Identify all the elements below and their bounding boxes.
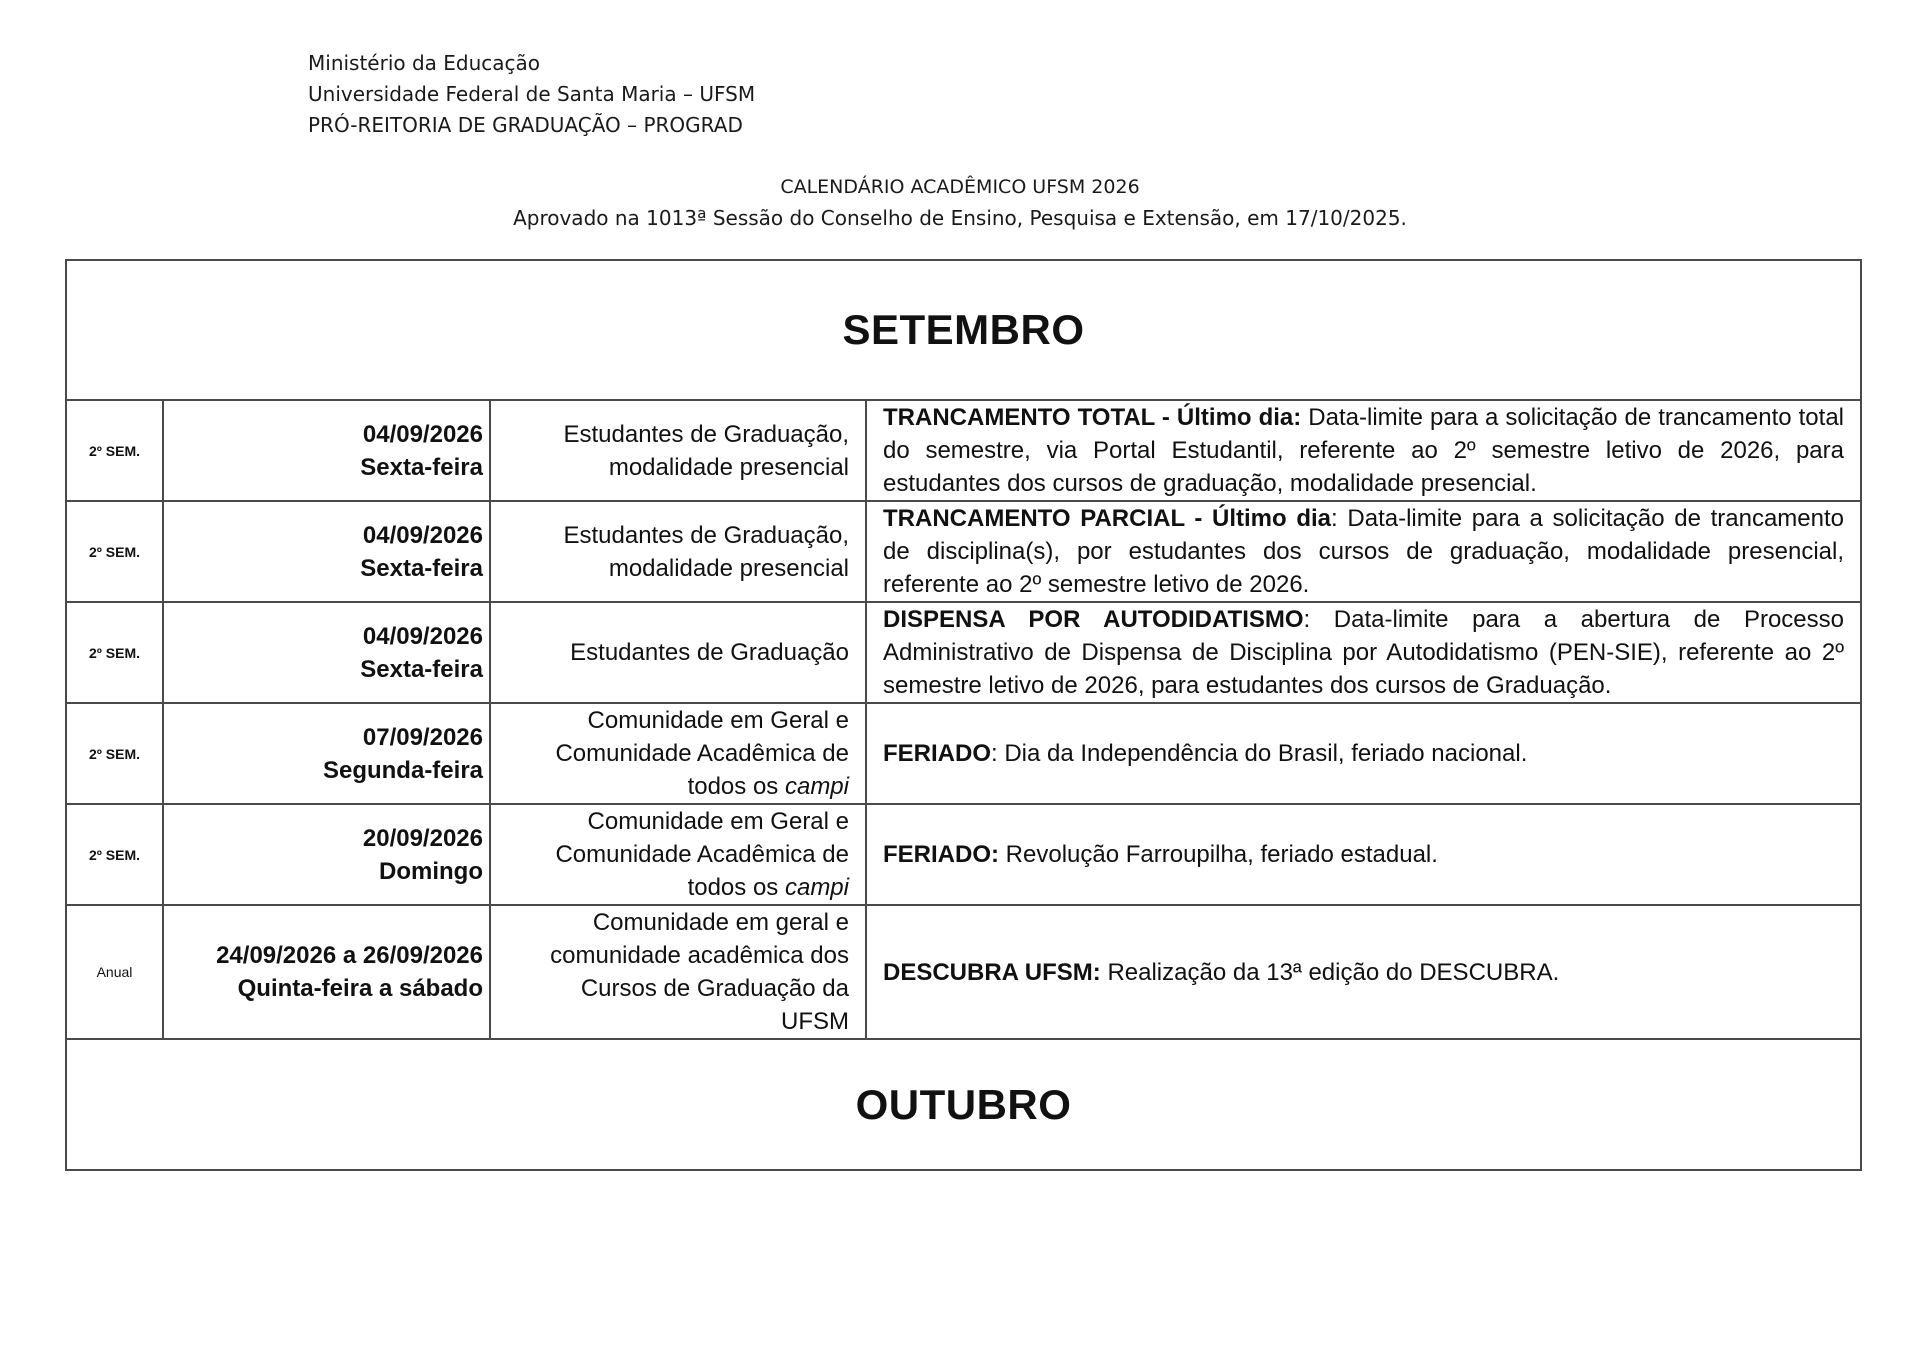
event-title: TRANCAMENTO PARCIAL - Último dia: [883, 505, 1331, 532]
audience-cell: Comunidade em Geral e Comunidade Acadêmi…: [490, 804, 866, 905]
audience-line: Cursos de Graduação da: [491, 972, 849, 1005]
letterhead-prorectorate: PRÓ-REITORIA DE GRADUAÇÃO – PROGRAD: [308, 110, 755, 141]
event-title: FERIADO:: [883, 841, 999, 868]
date-cell: 04/09/2026 Sexta-feira: [163, 501, 490, 602]
table-row: 2º SEM. 07/09/2026 Segunda-feira Comunid…: [66, 703, 1861, 804]
description-cell: TRANCAMENTO TOTAL - Último dia: Data-lim…: [866, 400, 1861, 501]
audience-line: UFSM: [491, 1005, 849, 1038]
audience-cell: Estudantes de Graduação: [490, 602, 866, 703]
audience-text: todos os: [688, 773, 785, 800]
month-header-row: OUTUBRO: [66, 1039, 1861, 1170]
date-cell: 24/09/2026 a 26/09/2026 Quinta-feira a s…: [163, 905, 490, 1039]
event-title: TRANCAMENTO TOTAL - Último dia:: [883, 404, 1301, 431]
audience-cell: Comunidade em Geral e Comunidade Acadêmi…: [490, 703, 866, 804]
description-cell: TRANCAMENTO PARCIAL - Último dia: Data-l…: [866, 501, 1861, 602]
calendar-table: SETEMBRO 2º SEM. 04/09/2026 Sexta-feira …: [65, 259, 1862, 1171]
event-weekday: Sexta-feira: [164, 653, 483, 686]
audience-line: Comunidade Acadêmica de: [491, 838, 849, 871]
description-cell: DISPENSA POR AUTODIDATISMO: Data-limite …: [866, 602, 1861, 703]
event-title: DISPENSA POR AUTODIDATISMO: [883, 606, 1304, 633]
semester-cell: 2º SEM.: [66, 602, 163, 703]
audience-line: Estudantes de Graduação: [491, 636, 849, 669]
audience-line: Comunidade em Geral e: [491, 805, 849, 838]
event-weekday: Sexta-feira: [164, 552, 483, 585]
audience-line: Estudantes de Graduação,: [491, 519, 849, 552]
event-title: FERIADO: [883, 740, 991, 767]
audience-cell: Comunidade em geral e comunidade acadêmi…: [490, 905, 866, 1039]
semester-cell: 2º SEM.: [66, 703, 163, 804]
audience-line: todos os campi: [491, 871, 849, 904]
event-date: 20/09/2026: [164, 822, 483, 855]
document-heading: CALENDÁRIO ACADÊMICO UFSM 2026 Aprovado …: [0, 172, 1920, 234]
audience-line: Comunidade Acadêmica de: [491, 737, 849, 770]
table-row: Anual 24/09/2026 a 26/09/2026 Quinta-fei…: [66, 905, 1861, 1039]
semester-cell: 2º SEM.: [66, 804, 163, 905]
month-title: SETEMBRO: [66, 260, 1861, 400]
document-title: CALENDÁRIO ACADÊMICO UFSM 2026: [0, 172, 1920, 203]
audience-italic: campi: [785, 874, 849, 901]
audience-line: Comunidade em geral e: [491, 906, 849, 939]
table-row: 2º SEM. 04/09/2026 Sexta-feira Estudante…: [66, 400, 1861, 501]
event-weekday: Quinta-feira a sábado: [164, 972, 483, 1005]
event-weekday: Segunda-feira: [164, 754, 483, 787]
date-cell: 04/09/2026 Sexta-feira: [163, 602, 490, 703]
audience-cell: Estudantes de Graduação, modalidade pres…: [490, 400, 866, 501]
event-date: 04/09/2026: [164, 519, 483, 552]
event-date: 24/09/2026 a 26/09/2026: [164, 939, 483, 972]
description-cell: FERIADO: Dia da Independência do Brasil,…: [866, 703, 1861, 804]
date-cell: 04/09/2026 Sexta-feira: [163, 400, 490, 501]
letterhead-ministry: Ministério da Educação: [308, 48, 755, 79]
letterhead: Ministério da Educação Universidade Fede…: [308, 48, 755, 141]
event-date: 04/09/2026: [164, 620, 483, 653]
event-weekday: Sexta-feira: [164, 451, 483, 484]
audience-text: todos os: [688, 874, 785, 901]
event-title: DESCUBRA UFSM:: [883, 959, 1101, 986]
table-row: 2º SEM. 04/09/2026 Sexta-feira Estudante…: [66, 501, 1861, 602]
description-cell: DESCUBRA UFSM: Realização da 13ª edição …: [866, 905, 1861, 1039]
month-title: OUTUBRO: [66, 1039, 1861, 1170]
month-header-row: SETEMBRO: [66, 260, 1861, 400]
event-description: Realização da 13ª edição do DESCUBRA.: [1101, 959, 1559, 986]
semester-cell: Anual: [66, 905, 163, 1039]
audience-line: modalidade presencial: [491, 451, 849, 484]
event-weekday: Domingo: [164, 855, 483, 888]
event-date: 07/09/2026: [164, 721, 483, 754]
audience-cell: Estudantes de Graduação, modalidade pres…: [490, 501, 866, 602]
audience-line: modalidade presencial: [491, 552, 849, 585]
event-description: Revolução Farroupilha, feriado estadual.: [999, 841, 1438, 868]
audience-italic: campi: [785, 773, 849, 800]
date-cell: 07/09/2026 Segunda-feira: [163, 703, 490, 804]
audience-line: Estudantes de Graduação,: [491, 418, 849, 451]
event-date: 04/09/2026: [164, 418, 483, 451]
audience-line: comunidade acadêmica dos: [491, 939, 849, 972]
date-cell: 20/09/2026 Domingo: [163, 804, 490, 905]
approval-note: Aprovado na 1013ª Sessão do Conselho de …: [0, 203, 1920, 234]
table-row: 2º SEM. 04/09/2026 Sexta-feira Estudante…: [66, 602, 1861, 703]
table-row: 2º SEM. 20/09/2026 Domingo Comunidade em…: [66, 804, 1861, 905]
description-cell: FERIADO: Revolução Farroupilha, feriado …: [866, 804, 1861, 905]
audience-line: todos os campi: [491, 770, 849, 803]
semester-cell: 2º SEM.: [66, 501, 163, 602]
semester-cell: 2º SEM.: [66, 400, 163, 501]
letterhead-university: Universidade Federal de Santa Maria – UF…: [308, 79, 755, 110]
audience-line: Comunidade em Geral e: [491, 704, 849, 737]
event-description: : Dia da Independência do Brasil, feriad…: [991, 740, 1527, 767]
